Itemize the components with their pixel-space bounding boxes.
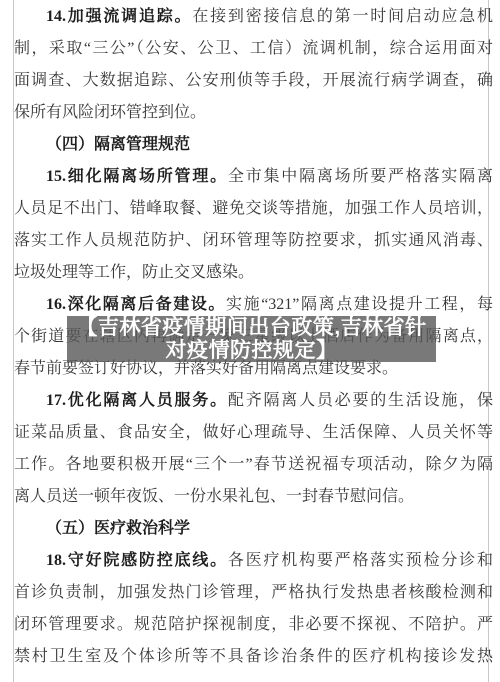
paragraph-15: 15.细化隔离场所管理。全市集中隔离场所要严格落实隔离 人员足不出门、错峰取餐、… — [14, 161, 493, 289]
section-heading-5-text: （五）医疗救治科学 — [46, 520, 190, 537]
first-line-indent — [14, 308, 46, 309]
paragraph-18-lead: 18.守好院感防控底线。 — [46, 552, 228, 569]
text-line: 制，采取“三公”（公安、公卫、工信）流调机制，综合运用面对 — [14, 33, 493, 65]
text-line: 保所有风险闭环管控到位。 — [14, 97, 493, 129]
text-line: 面调查、大数据追踪、公安刑侦等手段，开展流行病学调查，确 — [14, 65, 493, 97]
first-line-indent — [14, 180, 46, 181]
text-line: 首诊负责制，加强发热门诊管理，严格执行发热患者核酸检测和 — [14, 577, 493, 609]
text-line: 17.优化隔离人员服务。配齐隔离人员必要的生活设施，保 — [14, 385, 493, 417]
paragraph-14-lead: 14.加强流调追踪。 — [46, 8, 192, 25]
text-line: 14.加强流调追踪。在接到密接信息的第一时间启动应急机 — [14, 1, 493, 33]
text-line: 15.细化隔离场所管理。全市集中隔离场所要严格落实隔离 — [14, 161, 493, 193]
section-heading-4-text: （四）隔离管理规范 — [46, 136, 190, 153]
section-heading-5: （五）医疗救治科学 — [14, 513, 493, 545]
text-line: 垃圾处理等工作，防止交叉感染。 — [14, 257, 493, 289]
text-line: 人员足不出门、错峰取餐、避免交谈等措施，加强工作人员培训， — [14, 193, 493, 225]
watermark-banner-text-line-1: 【吉林省疫情期间出台政策,吉林省针 — [67, 316, 436, 339]
paragraph-14: 14.加强流调追踪。在接到密接信息的第一时间启动应急机 制，采取“三公”（公安、… — [14, 1, 493, 129]
scanned-document-page: 14.加强流调追踪。在接到密接信息的第一时间启动应急机 制，采取“三公”（公安、… — [0, 0, 500, 682]
watermark-banner-text-line-2: 对疫情防控规定】 — [67, 339, 436, 362]
paragraph-16-text: 实施“321”隔离点建设提升工程，每 — [226, 296, 493, 313]
first-line-indent — [14, 532, 46, 533]
first-line-indent — [14, 148, 46, 149]
paragraph-17-text: 配齐隔离人员必要的生活设施，保 — [228, 392, 493, 409]
heading-line: （四）隔离管理规范 — [14, 129, 493, 161]
first-line-indent — [14, 20, 46, 21]
paragraph-17: 17.优化隔离人员服务。配齐隔离人员必要的生活设施，保 证菜品质量、食品安全，做… — [14, 385, 493, 513]
section-heading-4: （四）隔离管理规范 — [14, 129, 493, 161]
text-line: 闭环管理要求。规范陪护探视制度，非必要不探视、不陪护。严 — [14, 609, 493, 641]
text-line: 工作。各地要积极开展“三个一”春节送祝福专项活动，除夕为隔 — [14, 449, 493, 481]
heading-line: （五）医疗救治科学 — [14, 513, 493, 545]
text-line: 18.守好院感防控底线。各医疗机构要严格落实预检分诊和 — [14, 545, 493, 577]
watermark-banner: 【吉林省疫情期间出台政策,吉林省针 对疫情防控规定】 — [67, 316, 436, 362]
paragraph-18: 18.守好院感防控底线。各医疗机构要严格落实预检分诊和 首诊负责制，加强发热门诊… — [14, 545, 493, 673]
text-line: 证菜品质量、食品安全，做好心理疏导、生活保障、人员关怀等 — [14, 417, 493, 449]
text-line: 禁村卫生室及个体诊所等不具备诊治条件的医疗机构接诊发热 — [14, 641, 493, 673]
first-line-indent — [14, 404, 46, 405]
paragraph-14-text: 在接到密接信息的第一时间启动应急机 — [192, 8, 493, 25]
paragraph-18-text: 各医疗机构要严格落实预检分诊和 — [228, 552, 493, 569]
text-line: 落实工作人员规范防护、闭环管理等防控要求，抓实通风消毒、 — [14, 225, 493, 257]
paragraph-15-text: 全市集中隔离场所要严格落实隔离 — [228, 168, 493, 185]
first-line-indent — [14, 564, 46, 565]
paragraph-15-lead: 15.细化隔离场所管理。 — [46, 168, 228, 185]
paragraph-16-lead: 16.深化隔离后备建设。 — [46, 296, 226, 313]
text-line: 离人员送一顿年夜饭、一份水果礼包、一封春节慰问信。 — [14, 481, 493, 513]
paragraph-17-lead: 17.优化隔离人员服务。 — [46, 392, 228, 409]
